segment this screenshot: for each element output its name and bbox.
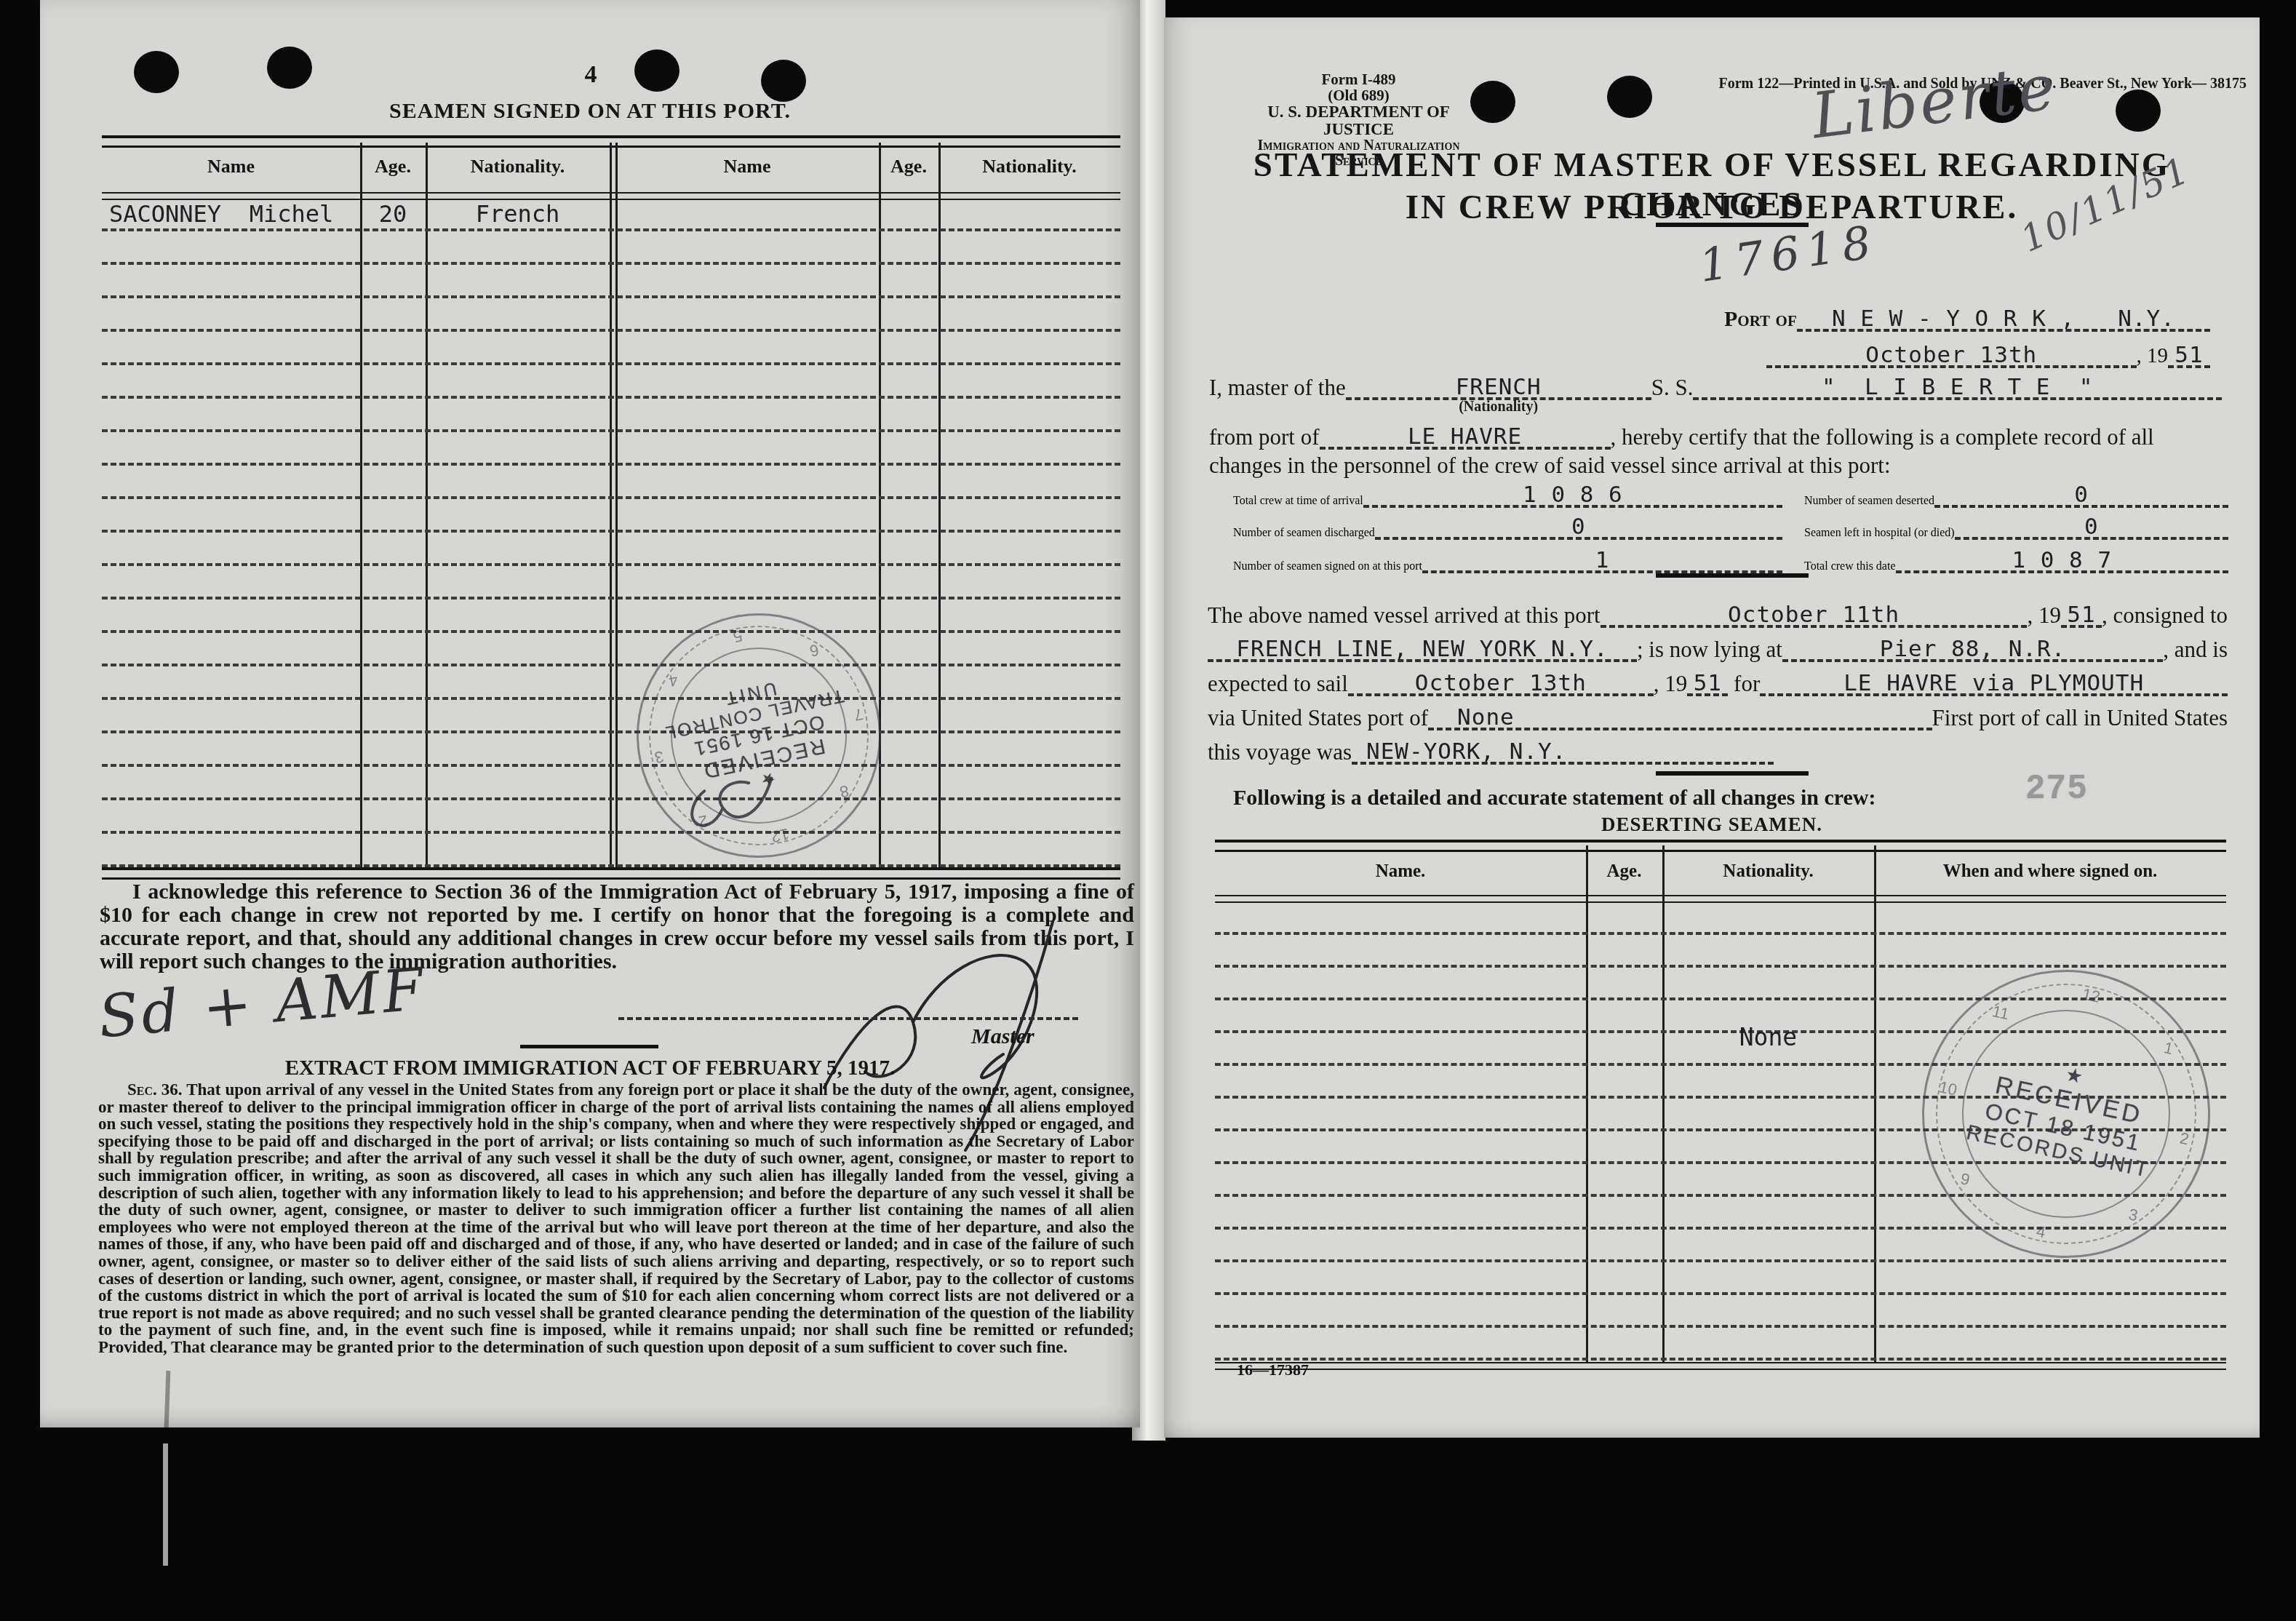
master-line: I, master of the FRENCH (Nationality) S.… [1209,370,2222,400]
table-blank-row [102,633,1120,666]
section-divider [520,1045,658,1048]
table-blank-row [102,800,1120,834]
arrival-value: None [1457,706,1515,729]
table-blank-row [102,265,1120,298]
deserting-seamen-heading: DESERTING SEAMEN. [1164,813,2260,836]
arrival-value: 51 [2067,604,2095,626]
none-entry: None [1662,1023,1874,1051]
arrival-fill: 51 [2061,597,2102,628]
arrival-text: The above named vessel arrived at this p… [1208,603,1601,628]
stat-label: Number of seamen deserted [1804,495,1934,508]
scanned-document: { "left_page": { "page_number": "4", "he… [0,0,2296,1621]
port-value: N E W - Y O R K , N.Y. [1832,308,2175,330]
arrival-fill: NEW-YORK, N.Y. [1352,734,1774,765]
stat-fill: 1 0 8 6 [1363,477,1782,508]
punch-hole [267,47,312,89]
stat-label: Seamen left in hospital (or died) [1804,527,1955,540]
arrival-value: FRENCH LINE, NEW YORK N.Y. [1236,638,1608,661]
table-blank-row [1215,1295,2226,1328]
sec36-text: That upon arrival of any vessel in the U… [98,1080,1134,1356]
table-blank-row [102,466,1120,499]
stat-cell: Number of seamen deserted 0 [1782,477,2228,508]
col-header-name: Name [102,156,360,178]
arrival-text: , and is [2163,637,2228,662]
form-number-old: (Old 689) [1233,87,1484,103]
arrival-value: Pier 88, N.R. [1880,638,2066,661]
table-blank-row [102,365,1120,399]
arrival-text: , consigned to [2102,603,2228,628]
col-header-age-2: Age. [879,156,938,178]
arrival-text: , 19 [2027,603,2061,628]
stat-label: Total crew this date [1804,560,1896,573]
scan-crease-artifact [164,1371,171,1427]
stat-cell: Total crew this date 1 0 8 7 [1782,543,2228,573]
section-divider [1656,573,1809,578]
page-count-stamp: 275 [2026,767,2089,806]
stat-fill: 0 [1955,509,2228,540]
ss-label: S. S. [1651,375,1694,400]
stat-fill: 1 0 8 7 [1896,543,2229,573]
arrival-line-1: The above named vessel arrived at this p… [1208,594,2228,628]
table-blank-row [102,600,1120,633]
table-top-rule [1215,840,2226,852]
arrival-value: October 13th [1415,672,1587,695]
arrival-line-5: this voyage was NEW-YORK, N.Y. [1208,730,2228,765]
table-blank-row [102,566,1120,600]
arrival-fill: None [1428,700,1932,730]
stat-fill: 0 [1934,477,2228,508]
col-header-signed-on: When and where signed on. [1874,861,2226,882]
master-prefix: I, master of the [1209,375,1346,400]
table-blank-row [102,432,1120,466]
table-blank-row [102,332,1120,365]
col-header-nationality: Nationality. [426,156,610,178]
stat-value: 0 [1571,516,1586,538]
following-line: Following is a detailed and accurate sta… [1233,786,1876,810]
year-fill: 51 [2168,338,2210,368]
punch-hole [134,51,179,93]
arrival-fill: October 11th [1601,597,2028,628]
table-blank-row [102,399,1120,432]
arrival-fill: 51 [1687,666,1728,696]
table-blank-row [102,700,1120,733]
from-port-fill: LE HAVRE [1320,419,1611,450]
extract-heading: EXTRACT FROM IMMIGRATION ACT OF FEBRUARY… [40,1056,1140,1080]
col-header-age: Age. [1586,861,1662,882]
stat-value: 0 [2074,484,2089,506]
stat-row-1: Total crew at time of arrival 1 0 8 6 Nu… [1233,479,2228,508]
table-row: SACONNEY Michel 20 French [102,198,1120,231]
arrival-value: NEW-YORK, N.Y. [1366,741,1566,763]
from-port-value: LE HAVRE [1408,426,1522,448]
vessel-value: " L I B E R T E " [1822,376,2094,399]
stat-cell: Number of seamen signed on at this port … [1233,543,1782,573]
arrival-text: ; is now lying at [1637,637,1782,662]
stat-row-2: Number of seamen discharged 0 Seamen lef… [1233,511,2228,540]
arrival-line-3: expected to sail October 13th , 19 51 fo… [1208,662,2228,696]
col-header-name-2: Name [615,156,879,178]
col-header-name: Name. [1215,861,1586,882]
year-prefix: , 19 [2137,343,2169,368]
page-number: 4 [569,61,613,89]
table-blank-row [102,834,1120,867]
seamen-table: Name Age. Nationality. Name Age. Nationa… [102,135,1120,875]
form-number: Form I-489 [1233,71,1484,87]
stat-value: 1 0 8 6 [1523,484,1623,506]
seaman-nationality: French [426,199,610,228]
nationality-fill: FRENCH (Nationality) [1346,370,1651,400]
stat-cell: Number of seamen discharged 0 [1233,509,1782,540]
table-blank-row [1215,1328,2226,1361]
table-blank-row [102,666,1120,700]
arrival-fill: LE HAVRE via PLYMOUTH [1760,666,2228,696]
arrival-paragraph: The above named vessel arrived at this p… [1208,594,2228,765]
stat-cell: Seamen left in hospital (or died) 0 [1782,509,2228,540]
seaman-name: SACONNEY Michel [102,199,360,228]
from-port-line: from port of LE HAVRE , hereby certify t… [1209,419,2226,450]
punch-hole [761,60,806,102]
arrival-text: for [1728,672,1760,696]
stamp-dial-number: 12 [769,824,790,847]
table-blank-row [102,533,1120,566]
punch-hole [2116,89,2161,132]
port-label: Port of [1724,307,1797,332]
arrival-fill: FRENCH LINE, NEW YORK N.Y. [1208,632,1637,662]
date-line: October 13th , 19 51 [1766,338,2210,368]
stat-value: 1 0 8 7 [2012,549,2112,572]
arrival-text: , 19 [1654,672,1688,696]
stat-label: Number of seamen signed on at this port [1233,560,1422,573]
stat-fill: 0 [1375,509,1782,540]
certify-line: changes in the personnel of the crew of … [1209,453,1891,479]
col-header-nationality-2: Nationality. [938,156,1120,178]
seaman-age: 20 [360,199,426,228]
table-blank-row [1215,935,2226,968]
arrival-value: LE HAVRE via PLYMOUTH [1843,672,2144,695]
date-fill: October 13th [1766,338,2137,368]
arrival-text: expected to sail [1208,672,1348,696]
year-value: 51 [2175,344,2203,367]
stat-fill: 1 [1422,543,1782,573]
vessel-fill: " L I B E R T E " [1693,370,2222,400]
arrival-text: via United States port of [1208,706,1428,730]
stat-value: 1 [1595,549,1610,572]
sec36-label: Sec. 36. [127,1080,183,1099]
from-port-suffix: , hereby certify that the following is a… [1611,425,2154,450]
arrival-line-2: FRENCH LINE, NEW YORK N.Y. ; is now lyin… [1208,628,2228,662]
left-page: 4 SEAMEN SIGNED ON AT THIS PORT. Name Ag… [40,0,1140,1427]
table-blank-row [102,298,1120,332]
nationality-caption: (Nationality) [1459,399,1538,415]
stat-row-3: Number of seamen signed on at this port … [1233,544,2228,573]
col-header-nationality: Nationality. [1662,861,1874,882]
stat-label: Number of seamen discharged [1233,527,1375,540]
arrival-value: 51 [1694,672,1722,695]
right-page: Form I-489 (Old 689) U. S. DEPARTMENT OF… [1164,17,2260,1438]
port-line: Port of N E W - Y O R K , N.Y. [1724,301,2210,332]
form-footer-number: 16—17387 [1237,1361,1309,1379]
handwritten-vessel-name: Liberte [1808,51,2061,153]
star-icon: ★ [2064,1063,2085,1088]
port-fill: N E W - Y O R K , N.Y. [1797,301,2210,332]
table-bottom-rule [102,867,1120,880]
master-label: Master [971,1024,1035,1049]
from-port-prefix: from port of [1209,425,1320,450]
punch-hole [634,49,679,92]
table-bottom-rule [1215,1362,2226,1370]
stat-cell: Total crew at time of arrival 1 0 8 6 [1233,477,1782,508]
arrival-line-4: via United States port of None First por… [1208,696,2228,730]
table-body: SACONNEY Michel 20 French [102,198,1120,867]
arrival-fill: Pier 88, N.R. [1782,632,2164,662]
master-signature-line [618,1017,1078,1020]
scan-streak-artifact [163,1443,168,1566]
table-blank-row [102,499,1120,533]
date-value: October 13th [1865,344,2037,367]
arrival-text: this voyage was [1208,740,1352,765]
left-page-heading: SEAMEN SIGNED ON AT THIS PORT. [40,99,1140,124]
arrival-text: First port of call in United States [1932,706,2228,730]
section-divider [1656,771,1809,776]
table-blank-row [102,767,1120,800]
table-blank-row [1215,902,2226,935]
department-name: U. S. DEPARTMENT OF JUSTICE [1233,103,1484,138]
col-header-age: Age. [360,156,426,178]
arrival-fill: October 13th [1348,666,1654,696]
table-blank-row [102,733,1120,767]
nationality-value: FRENCH [1456,376,1542,399]
stat-label: Total crew at time of arrival [1233,495,1363,508]
arrival-value: October 11th [1728,604,1900,626]
stat-value: 0 [2084,516,2099,538]
table-blank-row [1215,1262,2226,1295]
table-blank-row [102,231,1120,265]
